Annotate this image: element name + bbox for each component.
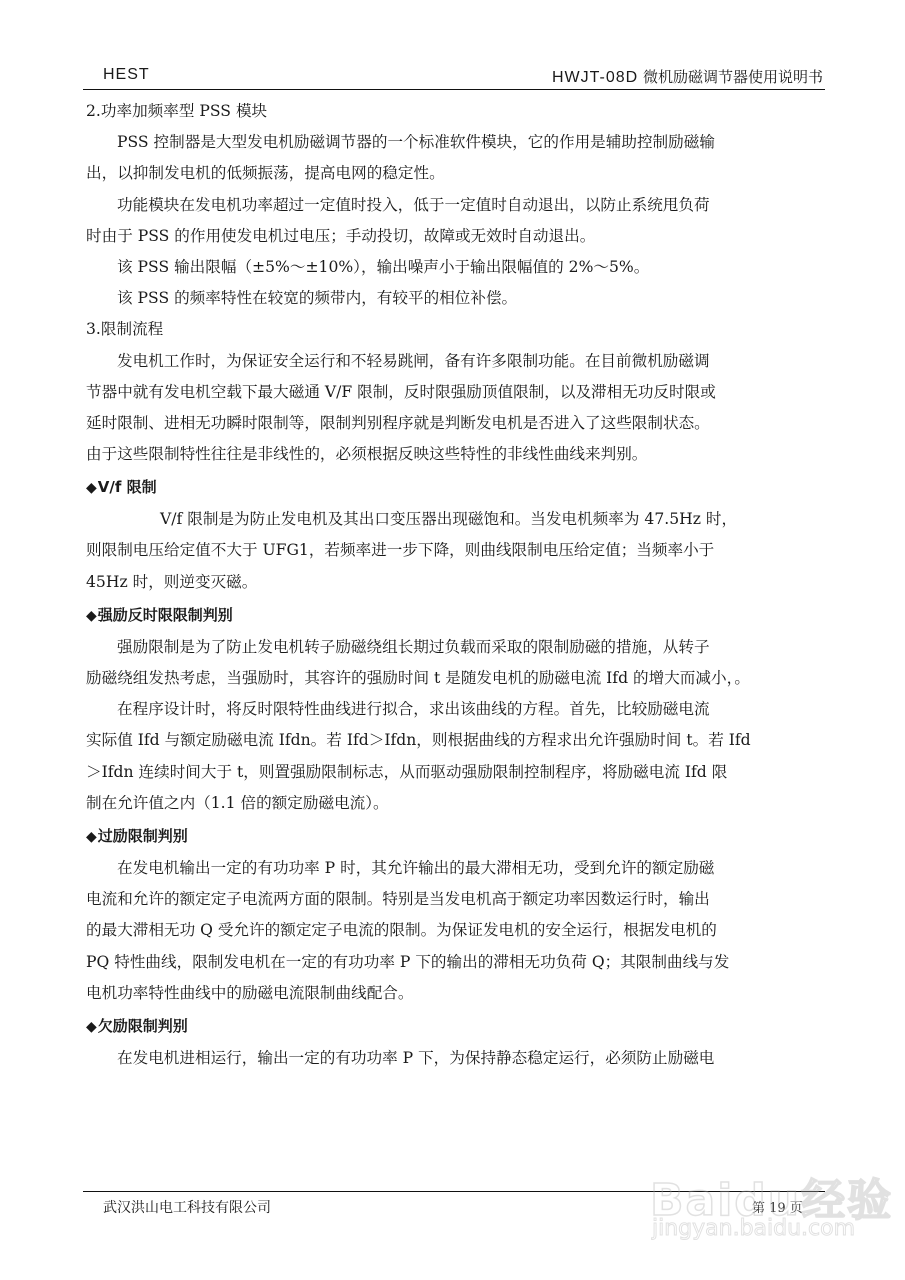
subheading-forced-excitation: ◆强励反时限限制判别	[86, 598, 822, 632]
paragraph-line: 电机功率特性曲线中的励磁电流限制曲线配合。	[86, 978, 822, 1009]
footer-rule	[83, 1191, 825, 1192]
paragraph-line: 延时限制、进相无功瞬时限制等，限制判别程序就是判断发电机是否进入了这些限制状态。	[86, 408, 822, 439]
paragraph-line: PSS 控制器是大型发电机励磁调节器的一个标准软件模块，它的作用是辅助控制励磁输	[86, 127, 822, 158]
paragraph-line: 45Hz 时，则逆变灭磁。	[86, 567, 822, 598]
paragraph-line: 在发电机进相运行，输出一定的有功功率 P 下，为保持静态稳定运行，必须防止励磁电	[86, 1043, 822, 1074]
document-body: 2.功率加频率型 PSS 模块 PSS 控制器是大型发电机励磁调节器的一个标准软…	[86, 96, 822, 1074]
paragraph-line: 该 PSS 的频率特性在较宽的频带内，有较平的相位补偿。	[86, 283, 822, 314]
paragraph-line: 的最大滞相无功 Q 受允许的额定定子电流的限制。为保证发电机的安全运行，根据发电…	[86, 915, 822, 946]
watermark-logo: Baidu经验	[650, 1164, 893, 1228]
header-title: HWJT-08D 微机励磁调节器使用说明书	[552, 66, 823, 87]
header-rule	[83, 89, 825, 90]
paragraph-line: 出，以抑制发电机的低频振荡，提高电网的稳定性。	[86, 158, 822, 189]
diamond-bullet-icon: ◆	[86, 480, 97, 496]
paragraph-line: 发电机工作时，为保证安全运行和不轻易跳闸，备有许多限制功能。在目前微机励磁调	[86, 346, 822, 377]
paragraph-line: 制在允许值之内（1.1 倍的额定励磁电流）。	[86, 788, 822, 819]
paragraph-line: 节器中就有发电机空载下最大磁通 V/F 限制，反时限强励顶值限制，以及滞相无功反…	[86, 377, 822, 408]
subheading-over-excitation: ◆过励限制判别	[86, 819, 822, 853]
diamond-bullet-icon: ◆	[86, 608, 97, 624]
subheading-under-excitation: ◆欠励限制判别	[86, 1009, 822, 1043]
document-page: HEST HWJT-08D 微机励磁调节器使用说明书 2.功率加频率型 PSS …	[0, 0, 905, 1280]
section-heading-limit-flow: 3.限制流程	[86, 314, 822, 345]
paragraph-line: 实际值 Ifd 与额定励磁电流 Ifdn。若 Ifd＞Ifdn，则根据曲线的方程…	[86, 725, 822, 756]
paragraph-line: 该 PSS 输出限幅（±5%～±10%），输出噪声小于输出限幅值的 2%～5%。	[86, 252, 822, 283]
footer-company: 武汉洪山电工科技有限公司	[103, 1197, 271, 1217]
paragraph-line: 则限制电压给定值不大于 UFG1，若频率进一步下降，则曲线限制电压给定值；当频率…	[86, 535, 822, 566]
header-doc-title: 微机励磁调节器使用说明书	[643, 68, 823, 86]
section-heading-pss: 2.功率加频率型 PSS 模块	[86, 96, 822, 127]
paragraph-line: 在发电机输出一定的有功功率 P 时，其允许输出的最大滞相无功，受到允许的额定励磁	[86, 853, 822, 884]
paragraph-line: 电流和允许的额定定子电流两方面的限制。特别是当发电机高于额定功率因数运行时，输出	[86, 884, 822, 915]
diamond-bullet-icon: ◆	[86, 829, 97, 845]
diamond-bullet-icon: ◆	[86, 1019, 97, 1035]
paragraph-line: ＞Ifdn 连续时间大于 t，则置强励限制标志，从而驱动强励限制控制程序，将励磁…	[86, 757, 822, 788]
watermark-url: jingyan.baidu.com	[652, 1216, 855, 1241]
paragraph-line: 励磁绕组发热考虑，当强励时，其容许的强励时间 t 是随发电机的励磁电流 Ifd …	[86, 663, 822, 694]
paragraph-line: 时由于 PSS 的作用使发电机过电压；手动投切，故障或无效时自动退出。	[86, 221, 822, 252]
paragraph-line: 功能模块在发电机功率超过一定值时投入，低于一定值时自动退出，以防止系统甩负荷	[86, 190, 822, 221]
footer-page-number: 第 19 页	[752, 1197, 803, 1216]
header-brand: HEST	[103, 66, 150, 84]
paragraph-line: PQ 特性曲线，限制发电机在一定的有功功率 P 下的输出的滞相无功负荷 Q；其限…	[86, 947, 822, 978]
paragraph-line: V/f 限制是为防止发电机及其出口变压器出现磁饱和。当发电机频率为 47.5Hz…	[86, 504, 822, 535]
paragraph-line: 由于这些限制特性往往是非线性的，必须根据反映这些特性的非线性曲线来判别。	[86, 439, 822, 470]
paragraph-line: 在程序设计时，将反时限特性曲线进行拟合，求出该曲线的方程。首先，比较励磁电流	[86, 694, 822, 725]
subheading-vf-limit: ◆V/f 限制	[86, 470, 822, 504]
paragraph-line: 强励限制是为了防止发电机转子励磁绕组长期过负载而采取的限制励磁的措施，从转子	[86, 632, 822, 663]
header-model: HWJT-08D	[552, 69, 638, 86]
